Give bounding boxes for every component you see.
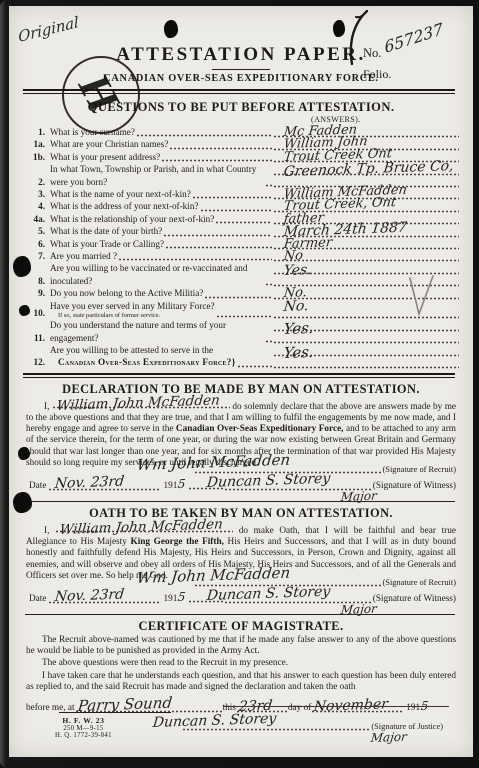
date-line: Nov. 23rd bbox=[48, 479, 160, 491]
question-text: In what Town, Township or Parish, and in… bbox=[50, 163, 264, 188]
handwritten-year-digit: 5 bbox=[177, 590, 186, 604]
section-divider-rule bbox=[23, 373, 455, 378]
form-codes: H. F. W. 23 250 M—9-15 H. Q. 1772-39-841 bbox=[55, 716, 112, 739]
dotted-leader bbox=[265, 275, 272, 286]
folio-label: Folio. bbox=[363, 67, 467, 82]
question-row: 4. What is the address of your next-of-k… bbox=[19, 200, 459, 212]
dotted-leader bbox=[265, 332, 272, 343]
question-text-main: Are you willing to be attested to serve … bbox=[50, 345, 213, 355]
bottom-rule bbox=[223, 706, 449, 707]
certificate-paragraph: I have taken care that he understands ea… bbox=[26, 671, 456, 693]
question-number: 4a. bbox=[19, 213, 50, 225]
witness-rank: Major bbox=[340, 602, 378, 617]
question-text: What is the relationship of your next-of… bbox=[50, 213, 214, 225]
answer-line: Yes. bbox=[273, 357, 459, 369]
justice-signature: Duncan S. Storey bbox=[152, 711, 277, 731]
question-row: 9. Do you now belong to the Active Milit… bbox=[19, 287, 459, 299]
question-text: What is the date of your birth? bbox=[50, 225, 162, 237]
handwritten-date: Nov. 23rd bbox=[54, 586, 125, 604]
question-row: 12. Are you willing to be attested to se… bbox=[19, 344, 459, 369]
question-number: 11. bbox=[19, 332, 50, 344]
name-slot: William John McFadden bbox=[52, 399, 230, 409]
oath-lead: I, bbox=[44, 526, 49, 536]
witness-signature-line: Duncan S. Storey Major bbox=[224, 592, 372, 604]
handwritten-answer: Yes. bbox=[283, 346, 314, 360]
question-number: 2. bbox=[19, 176, 50, 188]
handwritten-year-digit: 5 bbox=[177, 477, 186, 491]
signature-label: (Signature of Recruit) bbox=[382, 578, 457, 587]
oath-heading: OATH TO BE TAKEN BY MAN ON ATTESTATION. bbox=[9, 506, 473, 521]
stamp-letter: H bbox=[67, 70, 131, 118]
dotted-leader bbox=[192, 188, 272, 199]
question-number: 1. bbox=[19, 126, 50, 138]
date-label: Date bbox=[29, 594, 48, 604]
answer-line: Yes. bbox=[273, 332, 459, 344]
pencil-checkmark bbox=[402, 272, 444, 320]
name-slot: William John McFadden bbox=[55, 523, 233, 533]
date-label: Date bbox=[29, 481, 48, 491]
ink-blot bbox=[164, 20, 178, 38]
dotted-leader bbox=[118, 250, 272, 261]
question-row: 6. What is your Trade or Calling? Farmer bbox=[19, 238, 459, 250]
question-text: Are you willing to be vaccinated or re-v… bbox=[50, 262, 264, 287]
declaration-date-row: Date Nov. 23rd 1915 Duncan S. Storey Maj… bbox=[29, 477, 456, 491]
question-number: 9. bbox=[19, 287, 50, 299]
signature-line: Duncan S. Storey Major bbox=[182, 719, 370, 731]
witness-rank: Major bbox=[340, 489, 378, 504]
witness-signature-line: Duncan S. Storey Major bbox=[224, 479, 372, 491]
dotted-leader bbox=[165, 238, 272, 249]
question-text: Are you married ? bbox=[50, 250, 117, 262]
certificate-paragraph: The above questions were then read to th… bbox=[26, 658, 456, 669]
question-text: What is the name of your next-of-kin? bbox=[50, 188, 191, 200]
handwritten-date: Nov. 23rd bbox=[54, 473, 125, 491]
signature-label: (Signature of Recruit) bbox=[382, 465, 457, 474]
pen-stroke-mark bbox=[343, 8, 371, 68]
section-divider-rule bbox=[25, 501, 455, 502]
witness-signature: Duncan S. Storey bbox=[206, 471, 331, 491]
signature-label: (Signature of Witness) bbox=[372, 594, 456, 604]
handwritten-answer: Yes. bbox=[283, 264, 312, 277]
dotted-leader bbox=[215, 213, 272, 224]
ink-blot bbox=[18, 447, 30, 460]
form-number-block: No. 657237 Folio. bbox=[363, 42, 467, 82]
question-row: 5. What is the date of your birth? March… bbox=[19, 225, 459, 237]
question-text-main: Have you ever served in any Military For… bbox=[50, 301, 215, 311]
dotted-leader bbox=[200, 201, 273, 212]
handwritten-answer: No. bbox=[283, 300, 309, 313]
question-text: What is your Trade or Calling? bbox=[50, 238, 164, 250]
oath-bold-text: King George the Fifth, bbox=[131, 537, 224, 547]
question-number: 6. bbox=[19, 238, 50, 250]
question-number: 8. bbox=[19, 275, 50, 287]
witness-signature: Duncan S. Storey bbox=[206, 584, 331, 604]
question-number: 12. bbox=[19, 356, 50, 368]
question-text: Do you understand the nature and terms o… bbox=[50, 319, 264, 344]
year: 1915 bbox=[163, 477, 185, 491]
dotted-leader bbox=[161, 151, 272, 162]
answer-line: No bbox=[273, 250, 459, 262]
declaration-bold-text: Canadian Over-Seas Expeditionary Force, bbox=[176, 424, 344, 434]
question-row: 10. Have you ever served in any Military… bbox=[19, 300, 459, 319]
question-footnote: If so, state particulars of former servi… bbox=[50, 312, 215, 319]
oath-date-row: Date Nov. 23rd 1915 Duncan S. Storey Maj… bbox=[29, 590, 456, 604]
form-code-line: H. F. W. 23 bbox=[55, 716, 112, 725]
form-code-line: H. Q. 1772-39-841 bbox=[55, 732, 112, 739]
question-number: 1b. bbox=[19, 151, 50, 163]
dotted-leader bbox=[163, 226, 272, 237]
question-row: 7. Are you married ? No bbox=[19, 250, 459, 262]
section-divider-rule bbox=[25, 614, 455, 615]
question-number: 4. bbox=[19, 200, 50, 212]
dotted-leader bbox=[265, 176, 272, 187]
day-of-label: day of bbox=[288, 703, 311, 713]
question-text: Have you ever served in any Military For… bbox=[50, 300, 215, 319]
question-text: Are you willing to be attested to serve … bbox=[50, 344, 236, 369]
dotted-leader bbox=[237, 357, 272, 368]
form-codes-rule bbox=[59, 712, 171, 713]
question-number: 1a. bbox=[19, 138, 50, 150]
dotted-leader bbox=[169, 139, 272, 150]
dotted-leader bbox=[216, 307, 272, 318]
year: 1915 bbox=[163, 590, 185, 604]
justice-rank: Major bbox=[370, 730, 408, 745]
ink-blot bbox=[13, 256, 31, 277]
question-row: 8. Are you willing to be vaccinated or r… bbox=[19, 262, 459, 287]
circular-h-stamp: H bbox=[62, 56, 140, 134]
declaration-lead: I, bbox=[44, 402, 49, 412]
ink-blot bbox=[13, 492, 32, 513]
date-line: Nov. 23rd bbox=[48, 592, 160, 604]
title-rule bbox=[212, 69, 270, 70]
question-text-smallcaps: Canadian Over-Seas Expeditionary Force?} bbox=[50, 356, 236, 368]
handwritten-name: William John McFadden bbox=[56, 395, 220, 412]
signature-label: (Signature of Witness) bbox=[372, 481, 456, 491]
ink-blot bbox=[19, 305, 30, 316]
question-row: 11. Do you understand the nature and ter… bbox=[19, 319, 459, 344]
question-number: 3. bbox=[19, 188, 50, 200]
dotted-leader bbox=[136, 126, 272, 137]
question-number: 5. bbox=[19, 225, 50, 237]
handwritten-answer: Yes. bbox=[283, 321, 314, 335]
question-text: Do you now belong to the Active Militia? bbox=[50, 287, 203, 299]
question-text: What are your Christian names? bbox=[50, 138, 168, 150]
document-page: Original No. 657237 Folio. H ATTESTATION… bbox=[9, 6, 473, 757]
closing-brace: } bbox=[232, 357, 236, 367]
questions-list: 1. What is your surname? Mc Fadden 1a. W… bbox=[19, 126, 459, 369]
dotted-leader bbox=[204, 288, 272, 299]
question-row: 1a. What are your Christian names? Willi… bbox=[19, 138, 459, 150]
form-code-line: 250 M—9-15 bbox=[55, 725, 112, 732]
certificate-heading: CERTIFICATE OF MAGISTRATE. bbox=[9, 619, 473, 634]
question-text: What is your present address? bbox=[50, 151, 160, 163]
declaration-heading: DECLARATION TO BE MADE BY MAN ON ATTESTA… bbox=[9, 382, 473, 397]
certificate-paragraph: The Recruit above-named was cautioned by… bbox=[26, 635, 456, 657]
question-text: What is the address of your next-of-kin? bbox=[50, 200, 199, 212]
handwritten-name: William John McFadden bbox=[59, 519, 223, 536]
scanned-attestation-paper: Original No. 657237 Folio. H ATTESTATION… bbox=[0, 0, 479, 768]
handwritten-answer: Greenock Tp. Bruce Co, bbox=[283, 160, 454, 178]
